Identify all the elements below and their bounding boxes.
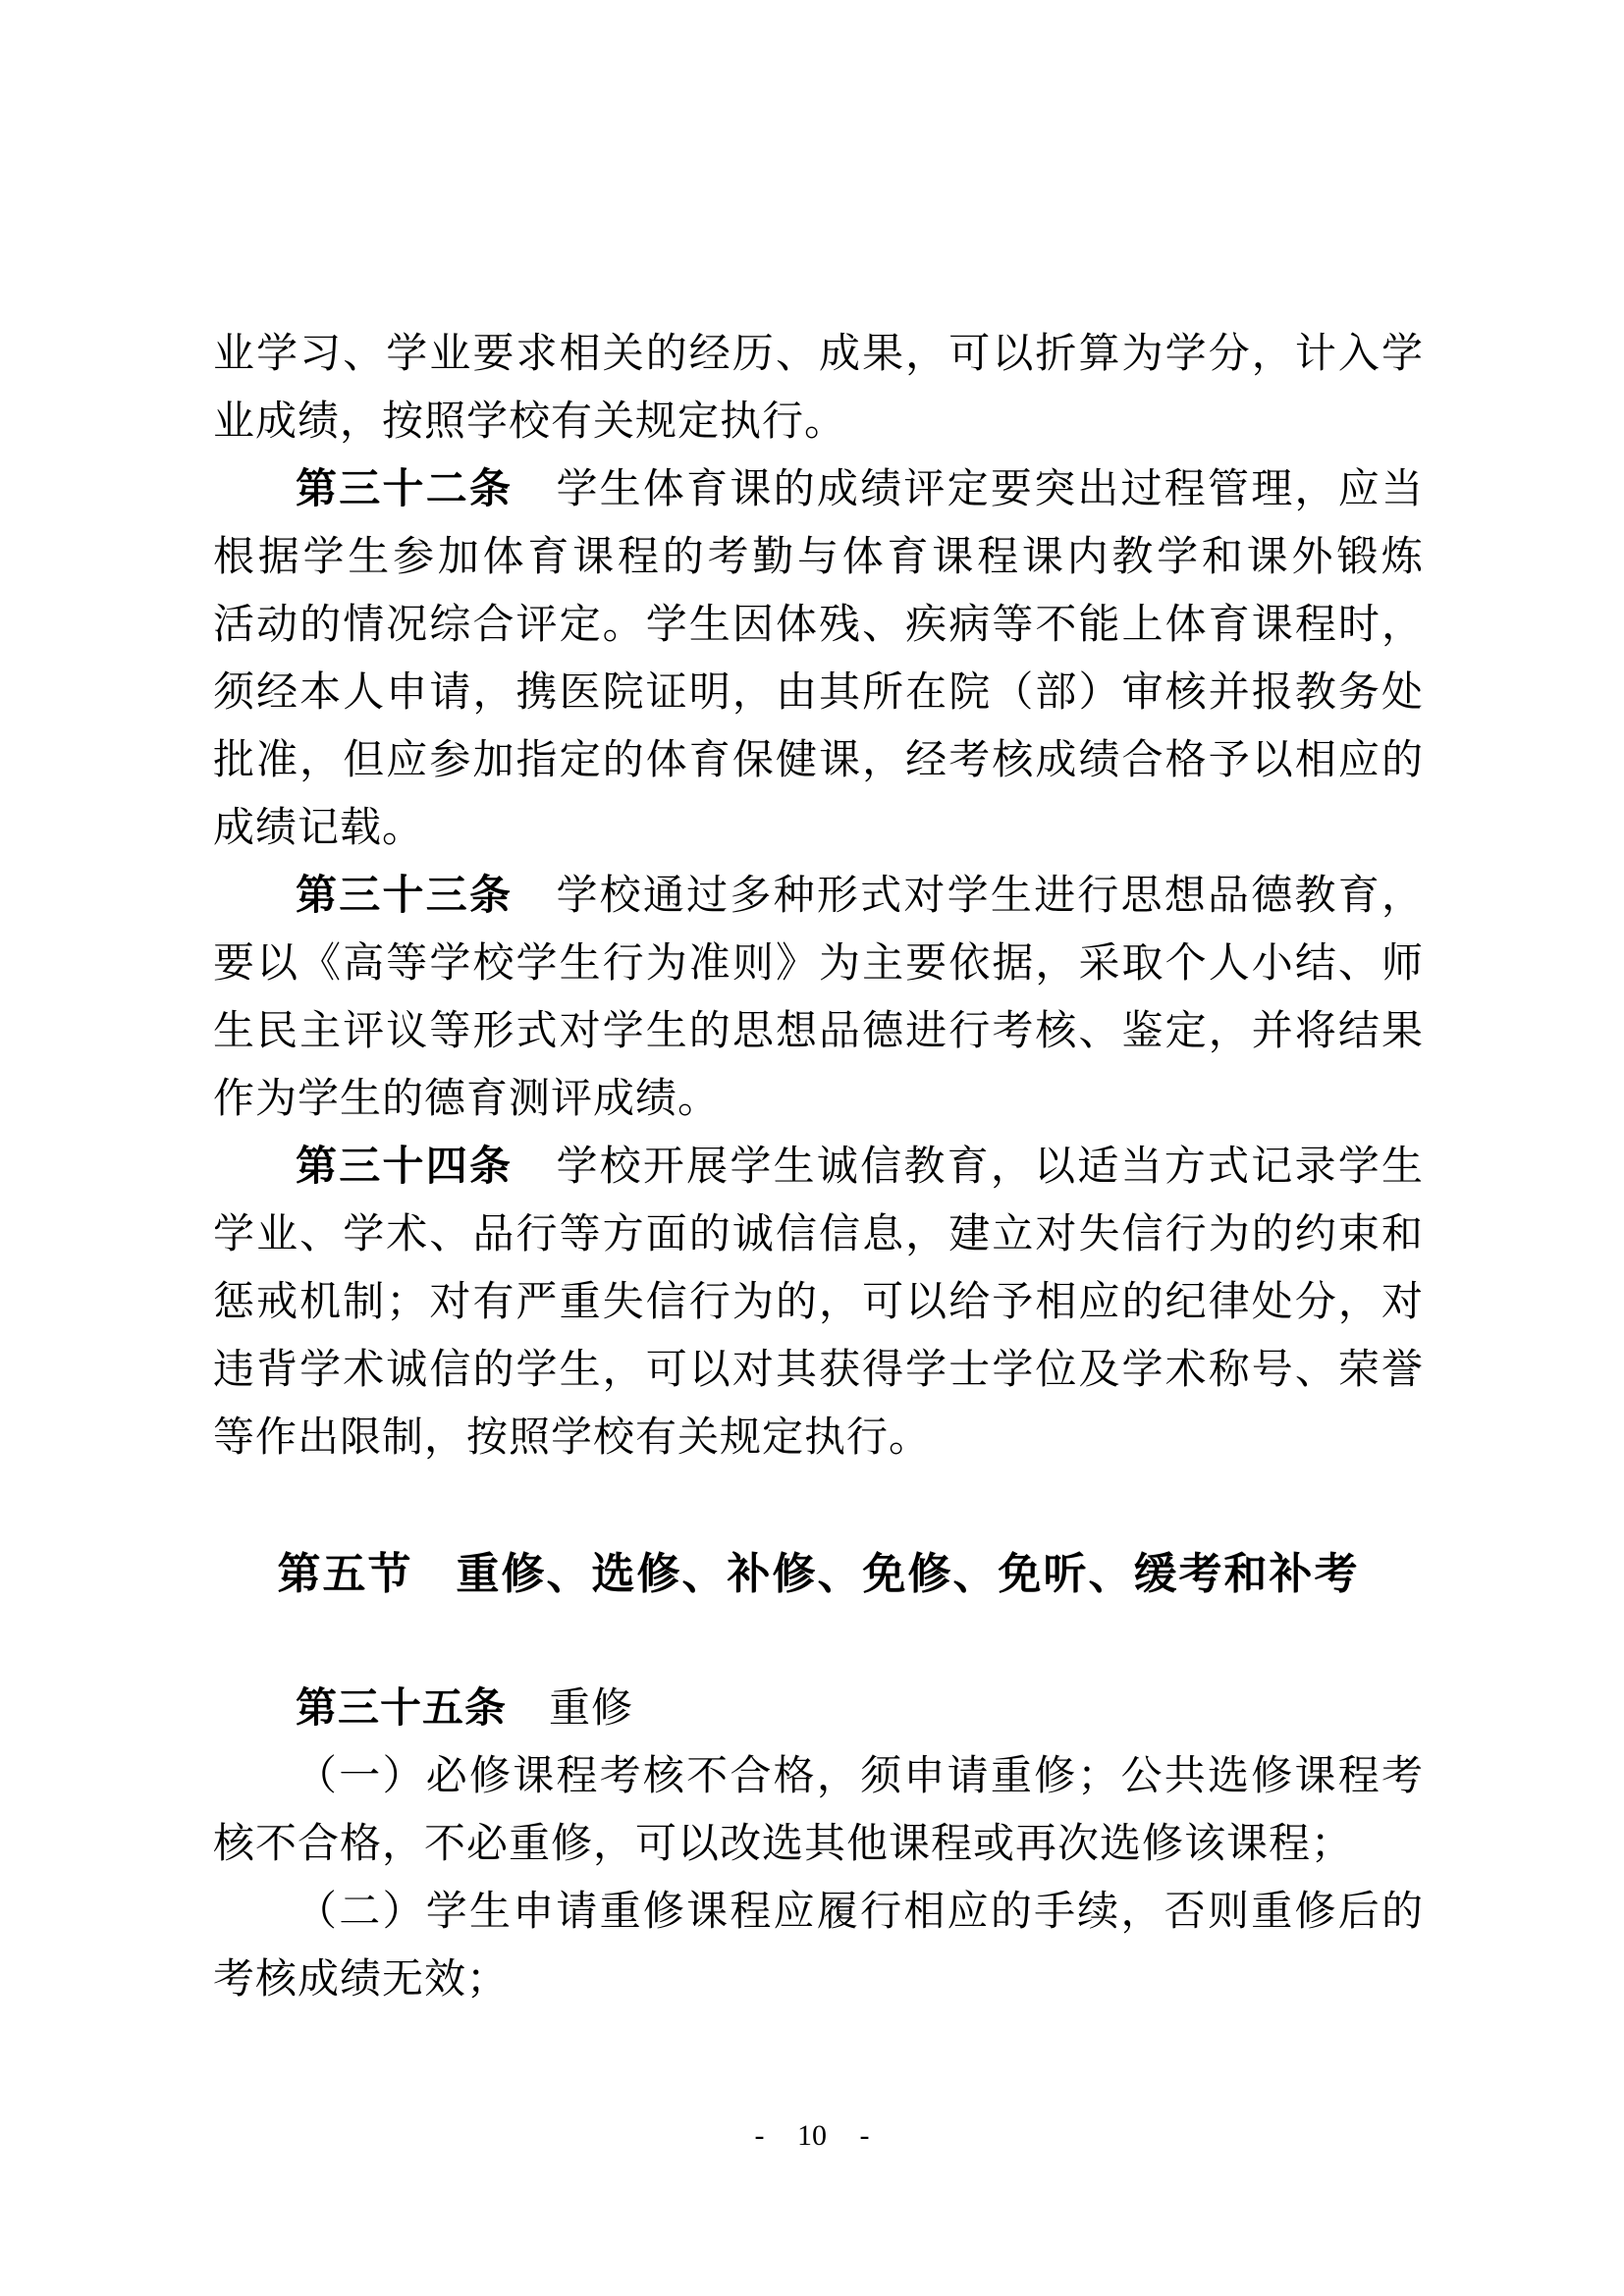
- text-line: 作为学生的德育测评成绩。: [213, 1066, 1424, 1134]
- text-line: 第三十二条 学生体育课的成绩评定要突出过程管理，应当: [213, 456, 1424, 524]
- article-number: 第三十二条: [296, 467, 513, 512]
- text-run: 学业、学术、品行等方面的诚信信息，建立对失信行为的约束和: [213, 1212, 1424, 1257]
- text-run: 业成绩，按照学校有关规定执行。: [213, 400, 846, 445]
- text-run: 学校开展学生诚信教育，以适当方式记录学生: [513, 1145, 1424, 1190]
- body-text: 业学习、学业要求相关的经历、成果，可以折算为学分，计入学 业成绩，按照学校有关规…: [213, 321, 1424, 2014]
- section-heading: 第五节重修、选修、补修、免修、免听、缓考和补考: [213, 1540, 1424, 1608]
- text-run: 作为学生的德育测评成绩。: [213, 1077, 720, 1122]
- page-number: - 10 -: [755, 2119, 870, 2152]
- text-run: 考核成绩无效；: [213, 1957, 509, 2002]
- text-line: （一）必修课程考核不合格，须申请重修；公共选修课程考: [213, 1743, 1424, 1811]
- text-run: 生民主评议等形式对学生的思想品德进行考核、鉴定，并将结果: [213, 1009, 1424, 1054]
- text-run: 要以《高等学校学生行为准则》为主要依据，采取个人小结、师: [213, 941, 1424, 987]
- text-line: 根据学生参加体育课程的考勤与体育课程课内教学和课外锻炼: [213, 524, 1424, 592]
- section-title: 重修、选修、补修、免修、免听、缓考和补考: [457, 1550, 1360, 1598]
- text-run: 批准，但应参加指定的体育保健课，经考核成绩合格予以相应的: [213, 738, 1424, 783]
- text-line: 第三十四条 学校开展学生诚信教育，以适当方式记录学生: [213, 1134, 1424, 1201]
- text-run: （二）学生申请重修课程应履行相应的手续，否则重修后的: [296, 1890, 1424, 1935]
- section-number: 第五节: [278, 1550, 413, 1598]
- text-line: 业成绩，按照学校有关规定执行。: [213, 389, 1424, 456]
- text-line: 生民主评议等形式对学生的思想品德进行考核、鉴定，并将结果: [213, 998, 1424, 1066]
- text-run: 核不合格，不必重修，可以改选其他课程或再次选修该课程；: [213, 1822, 1353, 1867]
- text-run: 须经本人申请，携医院证明，由其所在院（部）审核并报教务处: [213, 670, 1424, 716]
- text-run: 惩戒机制；对有严重失信行为的，可以给予相应的纪律处分，对: [213, 1280, 1424, 1325]
- text-run: 活动的情况综合评定。学生因体残、疾病等不能上体育课程时，: [213, 603, 1424, 648]
- text-run: 业学习、学业要求相关的经历、成果，可以折算为学分，计入学: [213, 332, 1424, 377]
- article-number: 第三十五条: [296, 1686, 507, 1732]
- text-run: 等作出限制，按照学校有关规定执行。: [213, 1415, 931, 1461]
- text-line: 业学习、学业要求相关的经历、成果，可以折算为学分，计入学: [213, 321, 1424, 389]
- text-run: 学校通过多种形式对学生进行思想品德教育，: [513, 874, 1424, 919]
- text-run: 违背学术诚信的学生，可以对其获得学士学位及学术称号、荣誉: [213, 1348, 1424, 1393]
- text-line: 成绩记载。: [213, 795, 1424, 863]
- text-line: 活动的情况综合评定。学生因体残、疾病等不能上体育课程时，: [213, 592, 1424, 660]
- text-line: 须经本人申请，携医院证明，由其所在院（部）审核并报教务处: [213, 660, 1424, 727]
- text-line: 要以《高等学校学生行为准则》为主要依据，采取个人小结、师: [213, 931, 1424, 998]
- text-line: 惩戒机制；对有严重失信行为的，可以给予相应的纪律处分，对: [213, 1269, 1424, 1337]
- text-line: 违背学术诚信的学生，可以对其获得学士学位及学术称号、荣誉: [213, 1337, 1424, 1405]
- text-run: 学生体育课的成绩评定要突出过程管理，应当: [513, 467, 1424, 512]
- text-run: 成绩记载。: [213, 806, 424, 851]
- text-line: （二）学生申请重修课程应履行相应的手续，否则重修后的: [213, 1879, 1424, 1947]
- text-line: 核不合格，不必重修，可以改选其他课程或再次选修该课程；: [213, 1811, 1424, 1879]
- document-page: 业学习、学业要求相关的经历、成果，可以折算为学分，计入学 业成绩，按照学校有关规…: [0, 0, 1624, 2296]
- text-line: 批准，但应参加指定的体育保健课，经考核成绩合格予以相应的: [213, 727, 1424, 795]
- article-number: 第三十三条: [296, 874, 513, 919]
- text-line: 第三十三条 学校通过多种形式对学生进行思想品德教育，: [213, 863, 1424, 931]
- text-line: 第三十五条 重修: [213, 1676, 1424, 1743]
- text-run: （一）必修课程考核不合格，须申请重修；公共选修课程考: [296, 1754, 1424, 1799]
- text-run: 根据学生参加体育课程的考勤与体育课程课内教学和课外锻炼: [213, 535, 1424, 580]
- text-line: 等作出限制，按照学校有关规定执行。: [213, 1405, 1424, 1472]
- page-footer: - 10 -: [0, 2116, 1624, 2156]
- text-line: 学业、学术、品行等方面的诚信信息，建立对失信行为的约束和: [213, 1201, 1424, 1269]
- article-number: 第三十四条: [296, 1145, 513, 1190]
- text-line: 考核成绩无效；: [213, 1947, 1424, 2014]
- text-run: 重修: [507, 1686, 633, 1732]
